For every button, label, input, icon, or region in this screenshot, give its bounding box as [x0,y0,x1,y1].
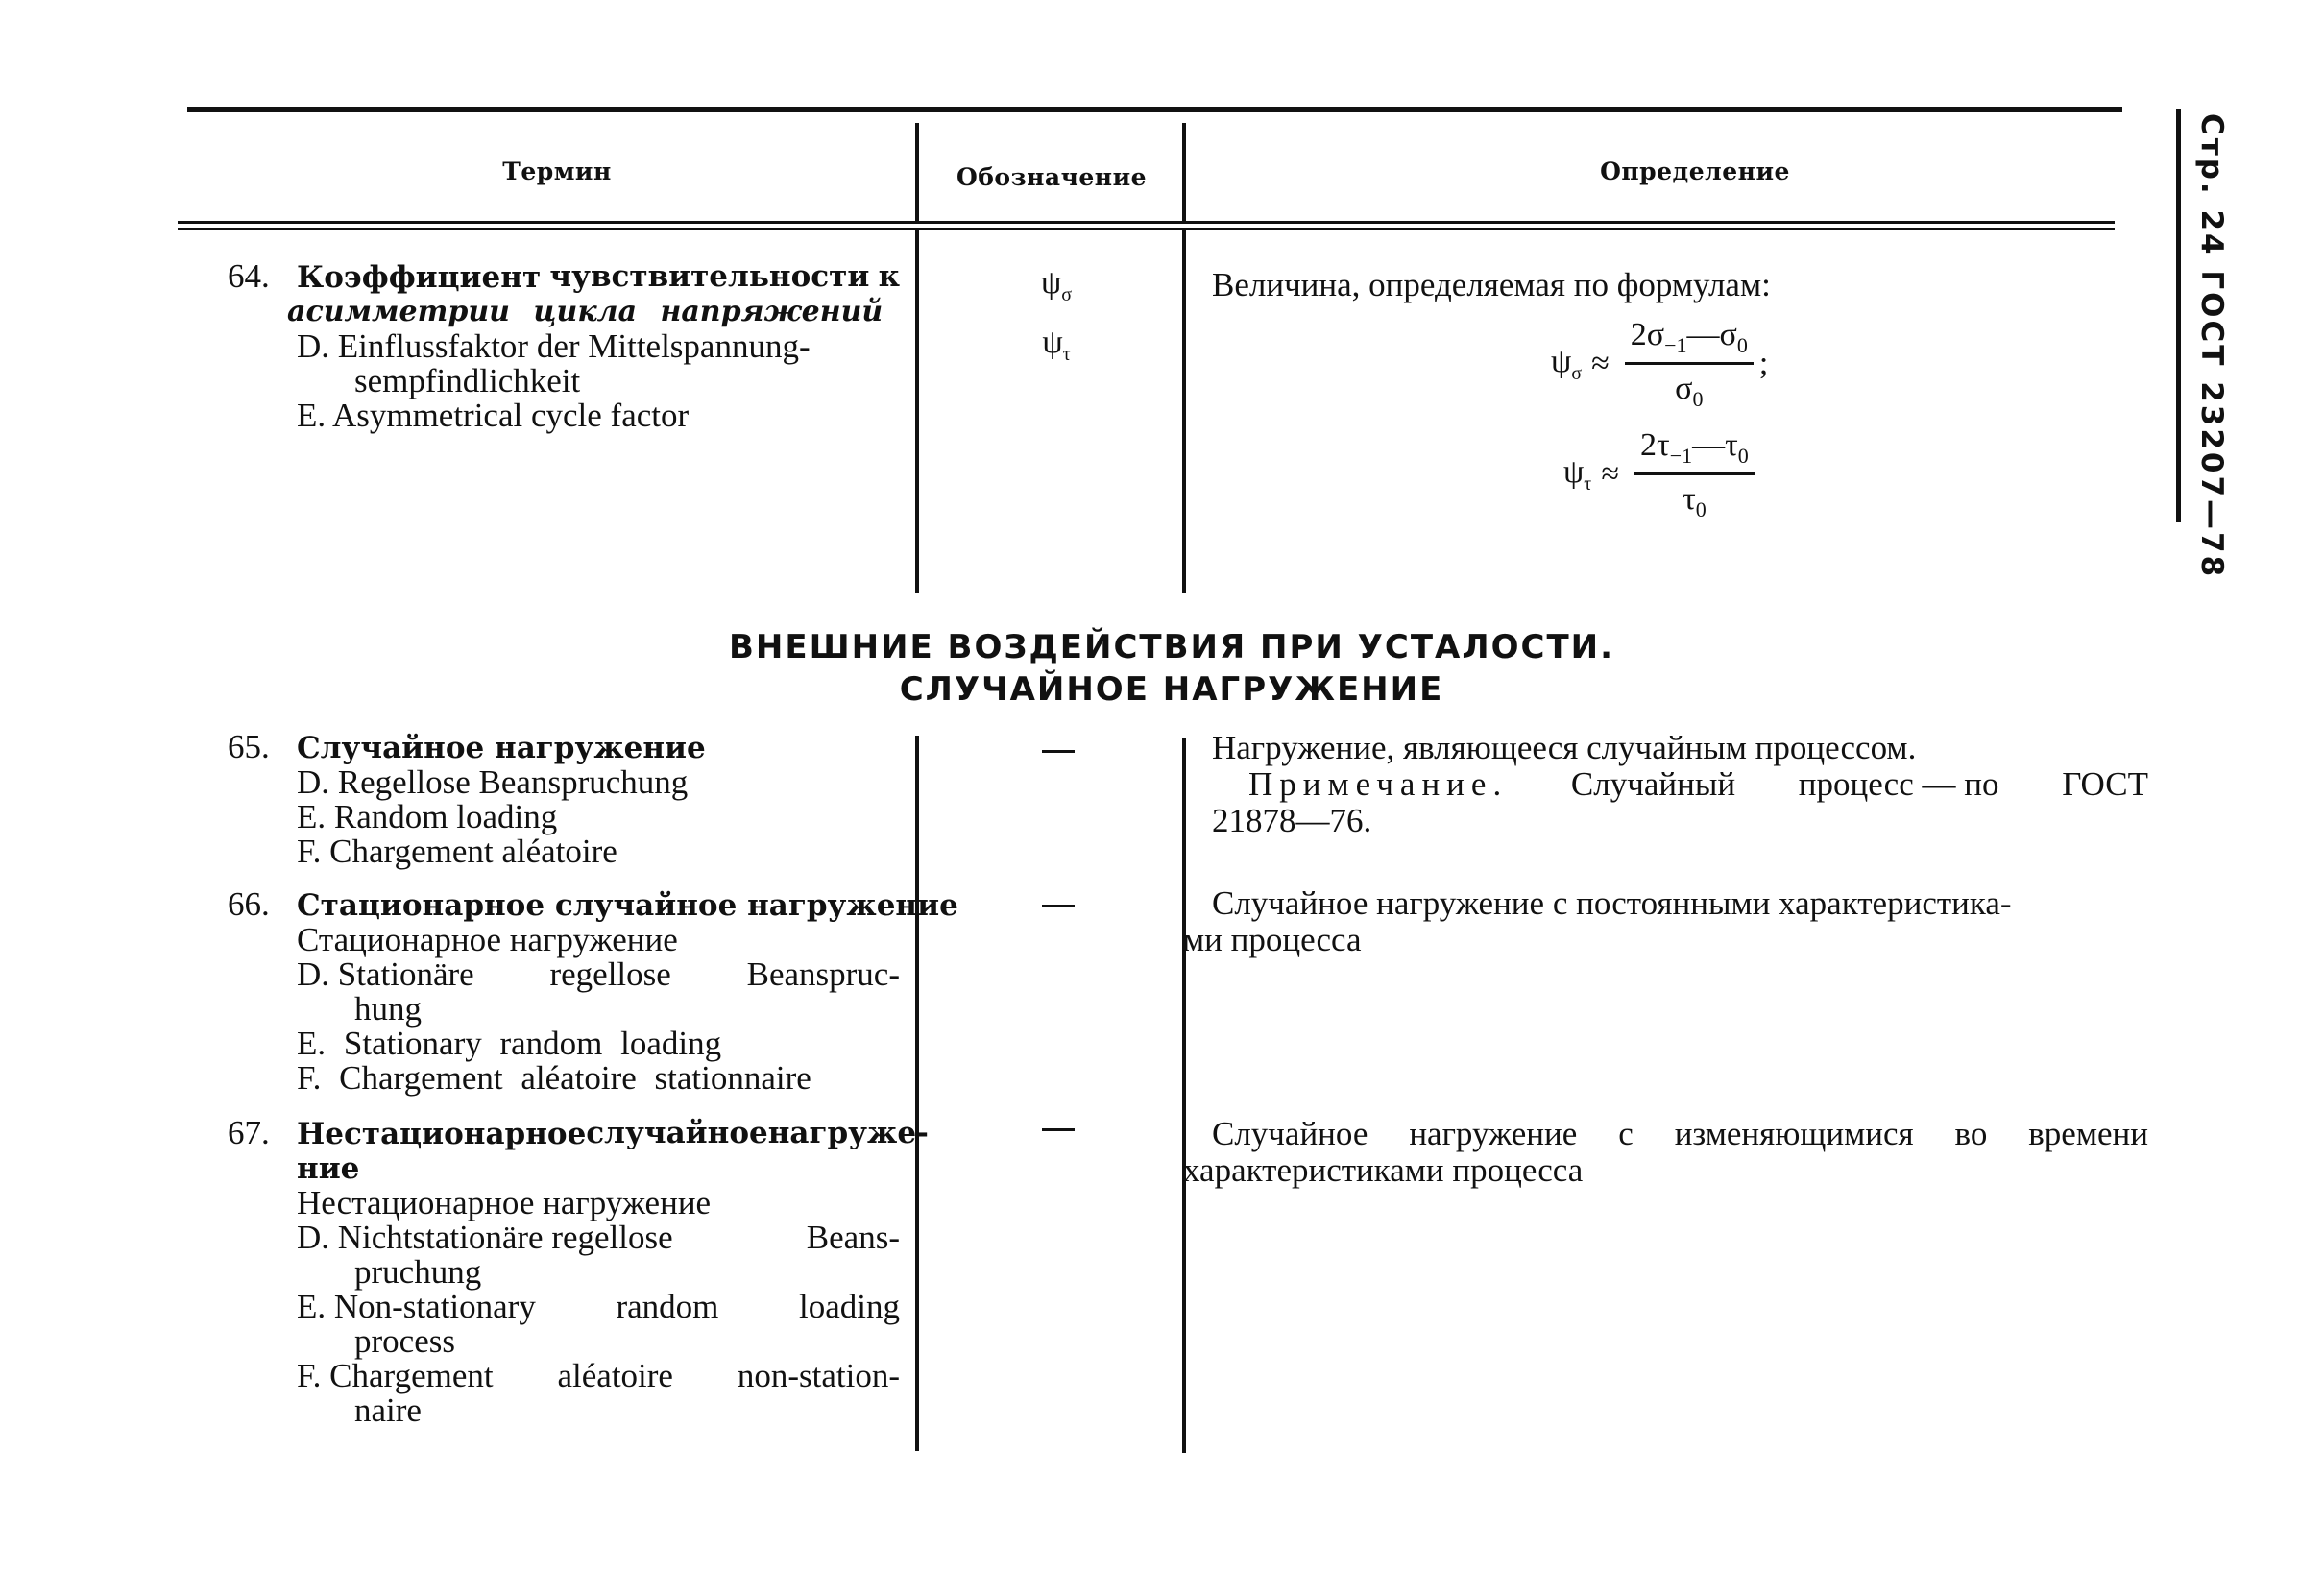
term-entry-66: 66.Стационарное случайное нагружение Ста… [228,887,900,1096]
entry-number: 66. [228,887,297,922]
term-67-cont: ние [228,1151,900,1186]
formula-psi-tau: ψτ ≈ 2τ−1—τ0 τ0 [1563,427,1760,522]
section-heading-line1: ВНЕШНИЕ ВОЗДЕЙСТВИЯ ПРИ УСТАЛОСТИ. [0,626,2300,668]
section1-col-border-1 [915,230,919,593]
section-heading: ВНЕШНИЕ ВОЗДЕЙСТВИЯ ПРИ УСТАЛОСТИ. СЛУЧА… [0,626,2300,711]
header-definition: Определение [1537,157,1853,185]
translation-en: E. Stationary random loading [228,1027,900,1061]
synonym: Стационарное нагружение [228,923,900,957]
translation-de: D. Regellose Beanspruchung [228,765,900,800]
header-col-border-2 [1182,123,1186,223]
note-label: Примечание. [1248,766,1508,803]
translation-fr: F. Chargement aléatoire non-station- [228,1359,900,1393]
translation-de: D. Nichtstationäre regellose Beans- [228,1221,900,1255]
translation-de: D. Einflussfaktor der Mittelspannung- [228,329,900,364]
translation-en-cont: process [228,1324,900,1359]
header-col-border-1 [915,123,919,223]
section2-col-border-2 [1182,738,1186,1453]
designation-psi-sigma: ψσ [999,265,1114,306]
translation-fr: F. Chargement aléatoire stationnaire [228,1061,900,1096]
translation-de-cont: sempfindlichkeit [228,364,900,399]
definition-64-intro: Величина, определяемая по формулам: [1212,267,2148,303]
section2-col-border-1 [915,736,919,1451]
translation-en: E. Asymmetrical cycle factor [228,399,900,433]
section1-col-border-2 [1182,230,1186,593]
entry-number: 67. [228,1116,297,1150]
table-top-rule [187,107,2122,112]
term-entry-67: 67.Нестационарное случайное нагруже- ние… [228,1116,900,1428]
translation-de: D. Stationäre regellose Beanspruc- [228,957,900,992]
translation-fr-cont: naire [228,1393,900,1428]
term-entry-64: 64.Коэффициент чувствительности к асимме… [228,259,900,433]
translation-de-cont: hung [228,992,900,1027]
designation-none-67 [1042,1128,1075,1131]
synonym: Нестационарное нагружение [228,1186,900,1221]
designation-psi-tau: ψτ [999,325,1114,366]
designation-none-65 [1042,750,1075,753]
translation-fr: F. Chargement aléatoire [228,834,900,869]
header-bottom-rule-1 [178,221,2115,224]
term-64-line2: асимметрии цикла напряжений [228,295,900,329]
entry-number: 64. [228,259,297,294]
translation-en: E. Random loading [228,800,900,834]
header-designation: Обозначение [922,163,1181,191]
page-marker-text: Стр. 24 ГОСТ 23207—78 [2194,113,2229,579]
formula-psi-sigma: ψσ ≈ 2σ−1—σ0 σ0 ; [1551,317,1768,412]
side-marker-rule [2176,109,2181,522]
translation-de-cont: pruchung [228,1255,900,1290]
definition-66: Случайное нагружение с постоянными харак… [1212,885,2148,958]
section-heading-line2: СЛУЧАЙНОЕ НАГРУЖЕНИЕ [0,668,2300,711]
translation-en: E. Non-stationary random loading [228,1290,900,1324]
term-entry-65: 65.Случайное нагружение D. Regellose Bea… [228,730,900,869]
header-bottom-rule-2 [178,228,2115,230]
definition-67: Случайное нагружение с изменяющимися во … [1212,1116,2148,1189]
definition-65: Нагружение, являющееся случайным процесс… [1212,730,2148,839]
designation-none-66 [1042,905,1075,907]
header-term: Термин [403,157,711,185]
entry-number: 65. [228,730,297,764]
page-marker: Стр. 24 ГОСТ 23207—78 [2192,113,2231,526]
